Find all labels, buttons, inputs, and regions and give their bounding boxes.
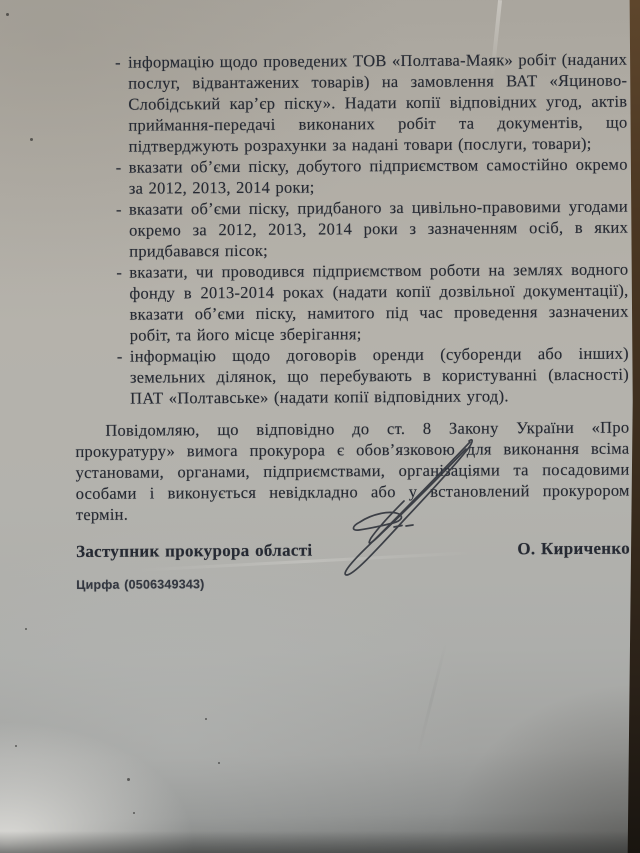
dash-marker: - <box>116 262 130 346</box>
paper-speck <box>25 628 27 630</box>
paper-speck <box>127 778 130 781</box>
request-text: вказати об’єми піску, добутого підприємс… <box>129 154 628 199</box>
paper-speck <box>133 812 135 814</box>
request-item: - вказати об’єми піску, добутого підприє… <box>74 154 628 199</box>
dash-marker: - <box>116 157 129 199</box>
request-text: вказати об’єми піску, придбаного за циві… <box>129 196 628 262</box>
request-item: - вказати об’єми піску, придбаного за ци… <box>74 196 628 262</box>
request-text: інформацію щодо договорів оренди (суборе… <box>130 343 629 409</box>
request-text: вказати, чи проводився підприємством роб… <box>129 259 629 346</box>
signatory-name: О. Кириченко <box>517 538 630 560</box>
closing-paragraph: Повідомляю, що відповідно до ст. 8 Закон… <box>75 417 630 525</box>
paper-speck <box>218 762 220 764</box>
dash-marker: - <box>117 346 130 409</box>
signature-row: Заступник прокурора області О. Кириченко <box>76 538 630 562</box>
paper-speck <box>15 745 17 747</box>
dash-marker: - <box>116 199 129 262</box>
request-item: - інформацію щодо проведених ТОВ «Полтав… <box>73 49 628 157</box>
document-body: - інформацію щодо проведених ТОВ «Полтав… <box>73 49 630 596</box>
request-item: - інформацію щодо договорів оренди (субо… <box>75 343 629 409</box>
dash-marker: - <box>115 52 129 157</box>
paper-speck <box>30 138 33 141</box>
request-item: - вказати, чи проводився підприємством р… <box>74 259 629 346</box>
paper-speck <box>6 13 9 16</box>
paper-speck <box>205 718 207 720</box>
paper-crease <box>416 641 448 758</box>
executor-note: Цирфа (0506349343) <box>76 572 630 596</box>
signatory-title: Заступник прокурора області <box>76 540 312 562</box>
photographed-document-page: - інформацію щодо проведених ТОВ «Полтав… <box>0 0 640 853</box>
request-text: інформацію щодо проведених ТОВ «Полтава-… <box>128 49 628 157</box>
photo-bottom-shadow <box>0 831 640 853</box>
